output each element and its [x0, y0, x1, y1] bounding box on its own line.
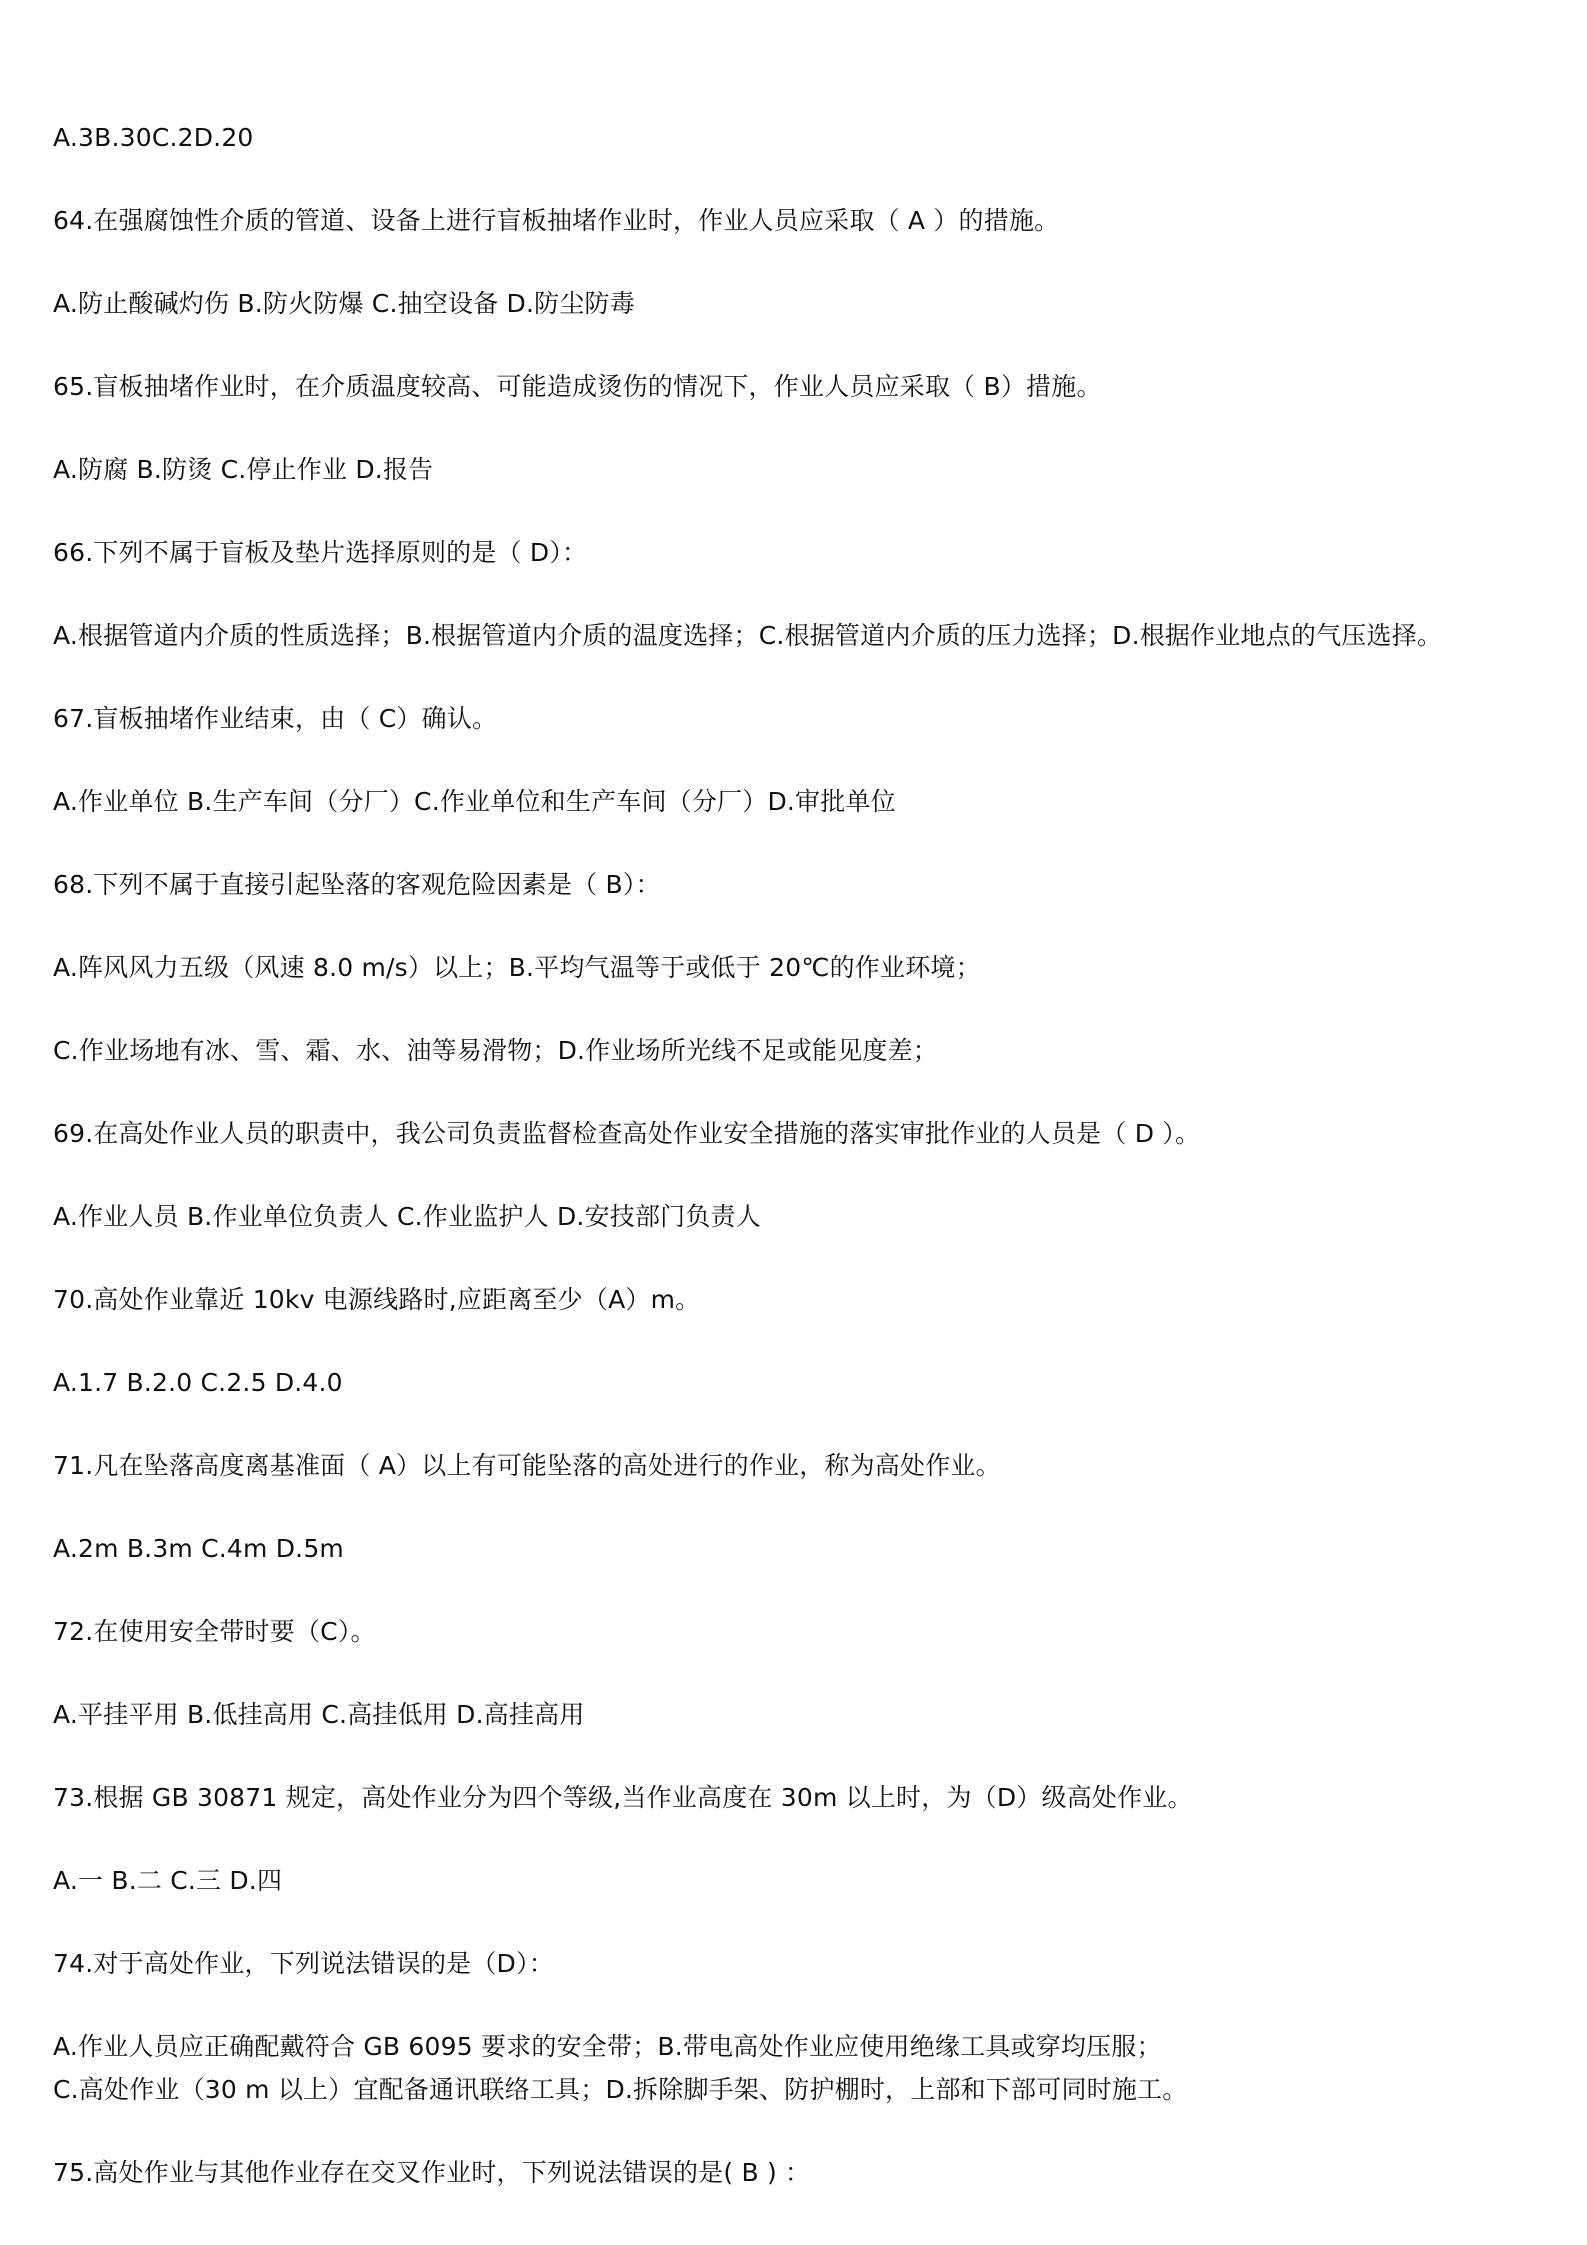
answer-options: A.作业单位 B.生产车间（分厂）C.作业单位和生产车间（分厂）D.审批单位: [53, 786, 896, 818]
question-text: 75.高处作业与其他作业存在交叉作业时，下列说法错误的是( B ) ：: [53, 2157, 810, 2189]
answer-options: A.作业人员应正确配戴符合 GB 6095 要求的安全带；B.带电高处作业应使用…: [53, 2031, 1162, 2063]
question-text: 65.盲板抽堵作业时，在介质温度较高、可能造成烫伤的情况下，作业人员应采取（ B…: [53, 371, 1102, 403]
answer-options: C.高处作业（30 m 以上）宜配备通讯联络工具；D.拆除脚手架、防护棚时，上部…: [53, 2074, 1187, 2106]
answer-options: A.阵风风力五级（风速 8.0 m/s）以上；B.平均气温等于或低于 20℃的作…: [53, 952, 981, 984]
question-text: 73.根据 GB 30871 规定，高处作业分为四个等级,当作业高度在 30m …: [53, 1782, 1193, 1814]
answer-options: A.2m B.3m C.4m D.5m: [53, 1533, 344, 1565]
answer-options: A.防腐 B.防烫 C.停止作业 D.报告: [53, 454, 433, 486]
answer-options: A.3B.30C.2D.20: [53, 122, 254, 154]
question-text: 66.下列不属于盲板及垫片选择原则的是（ D）：: [53, 537, 587, 569]
answer-options: A.一 B.二 C.三 D.四: [53, 1865, 282, 1897]
answer-options: A.平挂平用 B.低挂高用 C.高挂低用 D.高挂高用: [53, 1699, 585, 1731]
answer-options: A.作业人员 B.作业单位负责人 C.作业监护人 D.安技部门负责人: [53, 1201, 761, 1233]
answer-options: A.1.7 B.2.0 C.2.5 D.4.0: [53, 1367, 343, 1399]
question-text: 68.下列不属于直接引起坠落的客观危险因素是（ B）：: [53, 869, 661, 901]
answer-options: A.防止酸碱灼伤 B.防火防爆 C.抽空设备 D.防尘防毒: [53, 288, 635, 320]
question-text: 69.在高处作业人员的职责中，我公司负责监督检查高处作业安全措施的落实审批作业的…: [53, 1118, 1200, 1150]
answer-options: C.作业场地有冰、雪、霜、水、油等易滑物；D.作业场所光线不足或能见度差；: [53, 1035, 938, 1067]
answer-options: A.根据管道内介质的性质选择；B.根据管道内介质的温度选择；C.根据管道内介质的…: [53, 620, 1442, 652]
question-text: 64.在强腐蚀性介质的管道、设备上进行盲板抽堵作业时，作业人员应采取（ A ）的…: [53, 205, 1059, 237]
question-text: 74.对于高处作业，下列说法错误的是（D）：: [53, 1948, 554, 1980]
question-text: 72.在使用安全带时要（C）。: [53, 1616, 376, 1648]
question-text: 71.凡在坠落高度离基准面（ A）以上有可能坠落的高处进行的作业，称为高处作业。: [53, 1450, 1001, 1482]
question-text: 67.盲板抽堵作业结束，由（ C）确认。: [53, 703, 497, 735]
question-text: 70.高处作业靠近 10kv 电源线路时,应距离至少（A）m。: [53, 1284, 700, 1316]
